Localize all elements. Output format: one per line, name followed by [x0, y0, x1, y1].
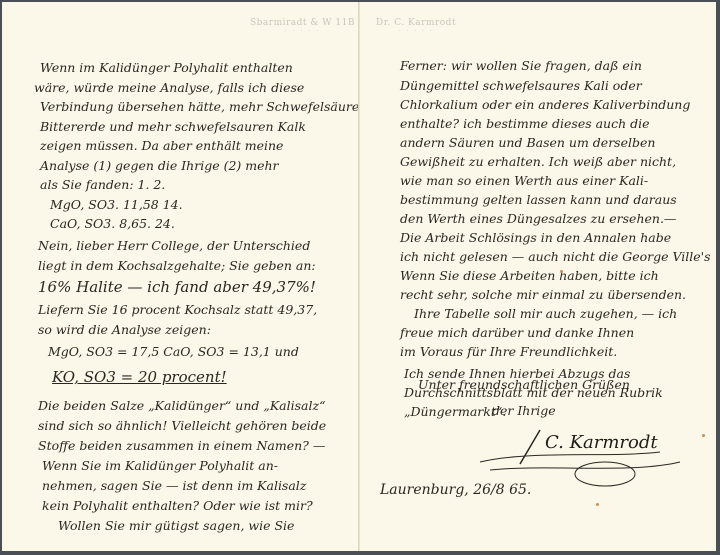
text-line: recht sehr, solche mir einmal zu übersen… [400, 287, 686, 302]
text-line: „Düngermarkt“. [404, 404, 506, 419]
text-line: sind sich so ähnlich! Vielleicht gehören… [38, 418, 326, 433]
text-line: zeigen müssen. Da aber enthält meine [40, 138, 283, 153]
text-line: wie man so einen Werth aus einer Kali- [400, 173, 648, 188]
table-row: MgO, SO3. 11,58 14. [50, 197, 183, 212]
text-line: Wenn Sie diese Arbeiten haben, bitte ich [400, 268, 659, 283]
text-line: Analyse (1) gegen die Ihrige (2) mehr [40, 158, 279, 173]
letterhead-stamp-right: Dr. C. Karmrodt · · · · · [376, 18, 456, 35]
letter-date: Laurenburg, 26/8 65. [380, 482, 531, 498]
text-line: kein Polyhalit enthalten? Oder wie ist m… [42, 498, 313, 513]
paper-spot [596, 503, 599, 506]
text-line: Die beiden Salze „Kalidünger“ und „Kalis… [38, 398, 325, 413]
text-line: enthalte? ich bestimme dieses auch die [400, 116, 650, 131]
text-line: Ihre Tabelle soll mir auch zugehen, — ic… [414, 306, 677, 321]
highlight-result: KO, SO3 = 20 procent! [52, 368, 227, 386]
text-line: Bittererde und mehr schwefelsauren Kalk [40, 119, 306, 134]
text-line: 16% Halite — ich fand aber 49,37%! [38, 278, 316, 296]
letterhead-stamp-left: Sbarmiradt & W 11B · · · · · [250, 18, 355, 35]
text-line: Wenn Sie im Kalidünger Polyhalit an- [42, 458, 278, 473]
text-line: andern Säuren und Basen um derselben [400, 135, 655, 150]
text-line: liegt in dem Kochsalzgehalte; Sie geben … [38, 258, 316, 273]
text-line: Gewißheit zu erhalten. Ich weiß aber nic… [400, 154, 676, 169]
text-line: den Werth eines Düngesalzes zu ersehen.— [400, 211, 676, 226]
letter-sheet: Sbarmiradt & W 11B · · · · · Wenn im Kal… [2, 2, 716, 551]
left-page: Sbarmiradt & W 11B · · · · · Wenn im Kal… [2, 2, 358, 551]
text-line: ich nicht gelesen — auch nicht die Georg… [400, 249, 711, 264]
text-line: wäre, würde meine Analyse, falls ich die… [34, 80, 304, 95]
text-line: MgO, SO3 = 17,5 CaO, SO3 = 13,1 und [48, 344, 299, 359]
signature: C. Karmrodt [545, 432, 658, 453]
text-line: so wird die Analyse zeigen: [38, 322, 211, 337]
text-line: als Sie fanden: 1. 2. [40, 177, 165, 192]
paper-spot [560, 270, 563, 273]
text-line: nehmen, sagen Sie — ist denn im Kalisalz [42, 478, 306, 493]
text-line: Verbindung übersehen hätte, mehr Schwefe… [40, 99, 359, 114]
table-row: CaO, SO3. 8,65. 24. [50, 216, 175, 231]
closing-greeting: Unter freundschaftlichen Grüßen [418, 377, 630, 392]
text-line: Nein, lieber Herr College, der Unterschi… [38, 238, 310, 253]
text-line: Wollen Sie mir gütigst sagen, wie Sie [58, 518, 294, 533]
text-line: Wenn im Kalidünger Polyhalit enthalten [40, 60, 293, 75]
text-line: bestimmung gelten lassen kann und daraus [400, 192, 677, 207]
text-line: Düngemittel schwefelsaures Kali oder [400, 78, 642, 93]
paper-spot [702, 434, 705, 437]
right-page: Dr. C. Karmrodt · · · · · Ferner: wir wo… [360, 2, 716, 551]
text-line: Die Arbeit Schlösings in den Annalen hab… [400, 230, 671, 245]
closing-ihrige: der Ihrige [492, 403, 556, 418]
text-line: Ferner: wir wollen Sie fragen, daß ein [400, 58, 642, 73]
text-line: freue mich darüber und danke Ihnen [400, 325, 634, 340]
text-line: Stoffe beiden zusammen in einem Namen? — [38, 438, 325, 453]
text-line: Liefern Sie 16 procent Kochsalz statt 49… [38, 302, 317, 317]
text-line: Chlorkalium oder ein anderes Kaliverbind… [400, 97, 690, 112]
text-line: im Voraus für Ihre Freundlichkeit. [400, 344, 617, 359]
